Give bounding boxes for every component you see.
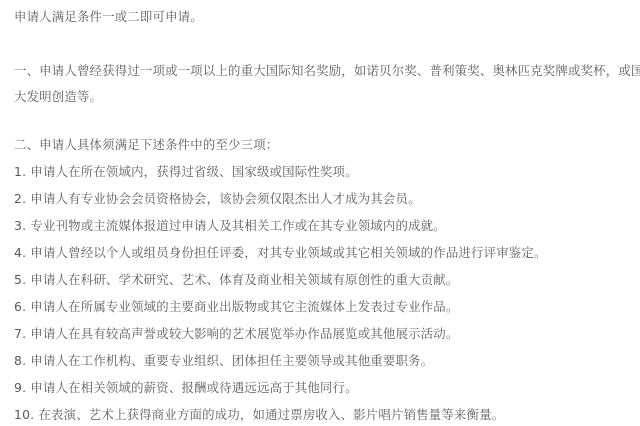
list-item: 8. 申请人在工作机构、重要专业组织、团体担任主要领导或其他重要职务。 [14, 353, 433, 369]
section1-line1: 一、申请人曾经获得过一项或一项以上的重大国际知名奖励，如诺贝尔奖、普利策奖、奥林… [14, 63, 640, 79]
list-item: 2. 申请人有专业协会会员资格协会，该协会须仅限杰出人才成为其会员。 [14, 191, 421, 207]
list-item: 10. 在表演、艺术上获得商业方面的成功，如通过票房收入、影片唱片销售量等来衡量… [14, 407, 504, 423]
list-item: 6. 申请人在所属专业领域的主要商业出版物或其它主流媒体上发表过专业作品。 [14, 299, 458, 315]
list-item: 1. 申请人在所在领域内，获得过省级、国家级或国际性奖项。 [14, 164, 358, 180]
section1-line2: 大发明创造等。 [14, 89, 102, 105]
list-item: 4. 申请人曾经以个人或组员身份担任评委，对其专业领域或其它相关领域的作品进行评… [14, 245, 547, 261]
list-item: 9. 申请人在相关领域的薪资、报酬或待遇远远高于其他同行。 [14, 380, 358, 396]
list-item: 5. 申请人在科研、学术研究、艺术、体育及商业相关领域有原创性的重大贡献。 [14, 272, 458, 288]
intro-text: 申请人满足条件一或二即可申请。 [14, 9, 203, 25]
section2-heading: 二、申请人具体须满足下述条件中的至少三项： [14, 137, 278, 153]
list-item: 3. 专业刊物或主流媒体报道过申请人及其相关工作或在其专业领域内的成就。 [14, 218, 446, 234]
list-item: 7. 申请人在具有较高声誉或较大影响的艺术展览举办作品展览或其他展示活动。 [14, 326, 458, 342]
